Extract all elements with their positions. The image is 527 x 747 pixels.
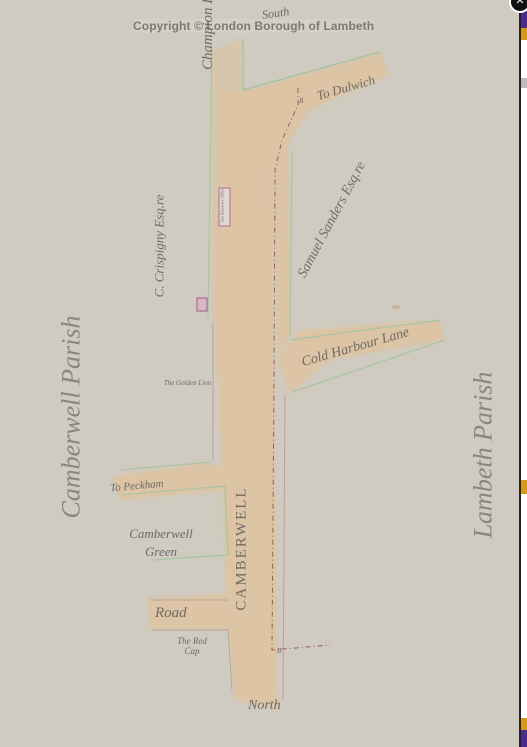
map-image: Copyright © London Borough of Lambeth So… — [0, 0, 519, 747]
strip-gold-band-2 — [521, 480, 527, 494]
strip-gray-band — [521, 78, 527, 88]
strip-gold-band-3 — [521, 718, 527, 730]
golden-lion-label: The Golden Lion — [160, 380, 215, 387]
background-page-strip — [519, 0, 527, 747]
c-crispigny-label: C. Crispigny Esq.re — [151, 195, 167, 298]
strip-gold-band — [521, 28, 527, 40]
road-label: Road — [155, 605, 187, 622]
champion-hill-label: Champion Hill — [200, 0, 217, 70]
lambeth-parish-label: Lambeth Parish — [468, 372, 498, 539]
boundary-marker-bottom: B — [277, 647, 281, 655]
red-cap-label: The Red Cap — [172, 636, 212, 656]
copyright-watermark: Copyright © London Borough of Lambeth — [133, 19, 374, 33]
camberwell-parish-label: Camberwell Parish — [56, 316, 86, 519]
camberwell-road-label: CAMBERWELL — [234, 486, 251, 610]
strip-purple-band-2 — [521, 730, 527, 747]
boundary-marker-top: B — [299, 97, 303, 105]
camberwell-green-label: Camberwell Green — [126, 525, 196, 561]
north-label: North — [248, 698, 281, 714]
building-note-label: Sun Insurance Office — [219, 189, 224, 223]
